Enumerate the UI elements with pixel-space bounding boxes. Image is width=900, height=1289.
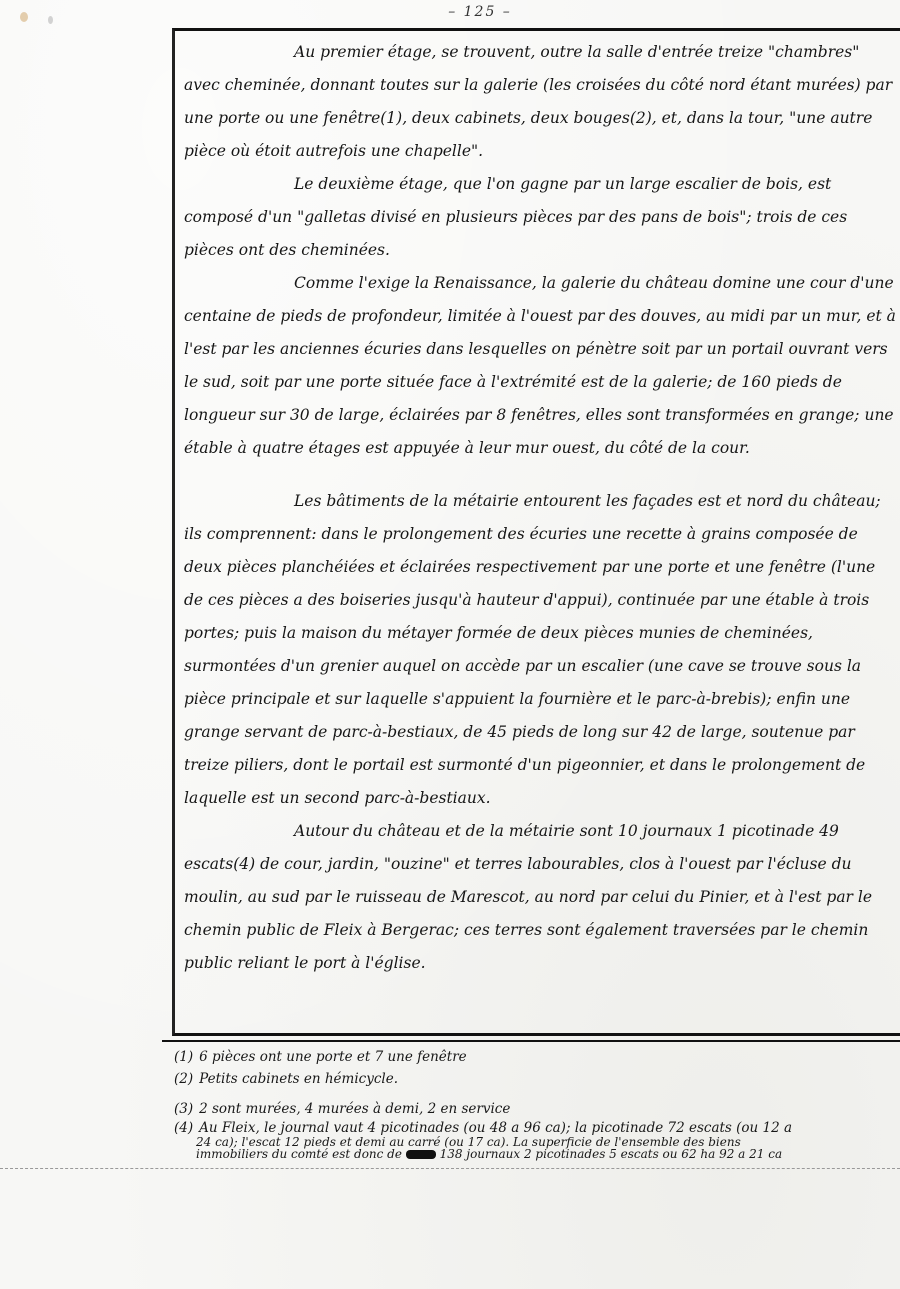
footnote-text: immobiliers du comté est donc de xyxy=(196,1147,402,1161)
footnote-marker: (4) xyxy=(174,1120,193,1136)
footnote-text: 2 sont murées, 4 murées à demi, 2 en ser… xyxy=(199,1101,510,1117)
footnote-separator xyxy=(162,1040,900,1042)
footnotes: (1)6 pièces ont une porte et 7 une fenêt… xyxy=(174,1046,894,1160)
paragraph-first-floor: Au premier étage, se trouvent, outre la … xyxy=(184,36,896,168)
footnote-text: 6 pièces ont une porte et 7 une fenêtre xyxy=(199,1049,467,1065)
page-number: – 125 – xyxy=(440,4,520,20)
bottom-dashed-line xyxy=(0,1168,900,1170)
footnote-text: Petits cabinets en hémicycle. xyxy=(199,1071,398,1087)
footnote-text: Au Fleix, le journal vaut 4 picotinades … xyxy=(199,1120,792,1136)
footnote-2: (2)Petits cabinets en hémicycle. xyxy=(174,1068,894,1090)
manuscript-body: Au premier étage, se trouvent, outre la … xyxy=(184,36,896,980)
paragraph-metairie-buildings: Les bâtiments de la métairie entourent l… xyxy=(184,485,896,815)
paper-stain xyxy=(48,16,53,24)
footnote-marker: (3) xyxy=(174,1098,193,1120)
footnote-1: (1)6 pièces ont une porte et 7 une fenêt… xyxy=(174,1046,894,1068)
footnote-marker: (2) xyxy=(174,1068,193,1090)
footnote-4: (4)Au Fleix, le journal vaut 4 picotinad… xyxy=(174,1120,894,1136)
footnote-3: (3)2 sont murées, 4 murées à demi, 2 en … xyxy=(174,1098,894,1120)
paper-stain xyxy=(20,12,28,22)
paragraph-second-floor: Le deuxième étage, que l'on gagne par un… xyxy=(184,168,896,267)
redaction-mark xyxy=(406,1150,436,1159)
footnote-4-continuation-2: immobiliers du comté est donc de 138 jou… xyxy=(196,1148,894,1160)
footnote-text: 138 journaux 2 picotinades 5 escats ou 6… xyxy=(440,1147,782,1161)
footnote-marker: (1) xyxy=(174,1046,193,1068)
paragraph-gallery-courtyard: Comme l'exige la Renaissance, la galerie… xyxy=(184,267,896,465)
paragraph-surrounding-land: Autour du château et de la métairie sont… xyxy=(184,815,896,980)
